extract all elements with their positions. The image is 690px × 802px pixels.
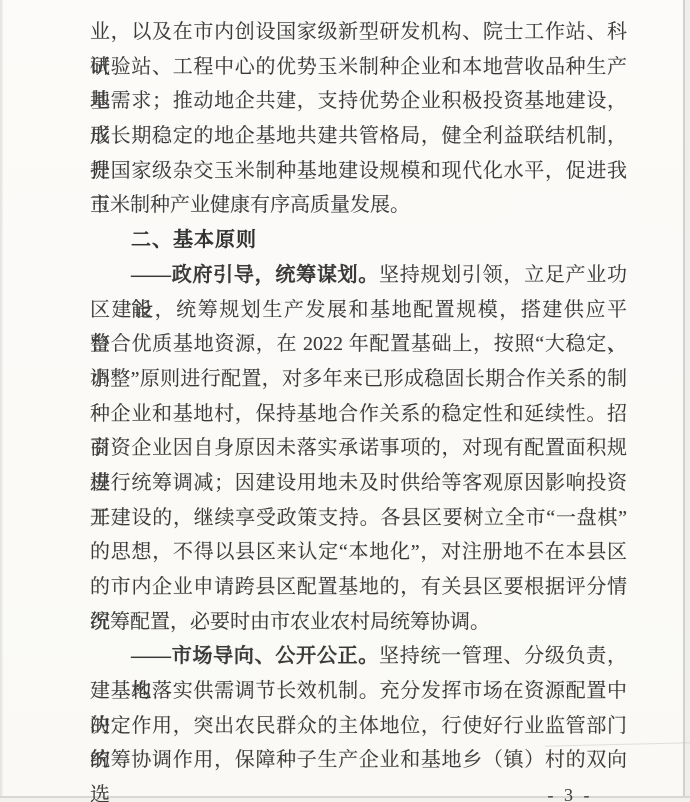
line-text-segment: 玉米制种产业健康有序高质量发展。 — [90, 194, 410, 216]
text-line: 建基地落实供需调节长效机制。充分发挥市场在资源配置中的 — [90, 674, 627, 709]
line-text-segment: 统筹配置，必要时由市农业农村局统筹协调。 — [90, 611, 490, 633]
text-line: 整合优质基地资源，在 2022 年配置基础上，按照“大稳定、小 — [90, 327, 627, 362]
text-line: 统筹协调作用，保障种子生产企业和基地乡（镇）村的双向选 — [90, 743, 627, 778]
page-number: - 3 - — [540, 783, 600, 802]
text-line: ——政府引导，统筹谋划。坚持规划引领，立足产业功能 — [90, 258, 627, 293]
text-line: 业，以及在市内创设国家级新型研发机构、院士工作站、科研 — [90, 15, 627, 50]
text-line: 玉米制种产业健康有序高质量发展。 — [90, 188, 627, 223]
line-bold-segment: ——政府引导，统筹谋划。 — [131, 264, 379, 286]
document-body: 业，以及在市内创设国家级新型研发机构、院士工作站、科研 试验站、工程中心的优势玉… — [90, 15, 627, 778]
text-line: 地需求；推动地企共建，支持优势企业积极投资基地建设，形 — [90, 84, 627, 119]
text-line: 统筹配置，必要时由市农业农村局统筹协调。 — [90, 605, 627, 640]
scan-right-shade — [685, 0, 690, 802]
text-line: 的思想，不得以县区来认定“本地化”，对注册地不在本县区 — [90, 535, 627, 570]
text-line: 升国家级杂交玉米制种基地建设规模和现代化水平，促进我市 — [90, 154, 627, 189]
text-line: 成长期稳定的地企基地共建共管格局，健全利益联结机制，提 — [90, 119, 627, 154]
section-heading: 二、基本原则 — [90, 223, 627, 258]
text-line: 区建设，统筹规划生产发展和基地配置规模，搭建供应平台， — [90, 293, 627, 328]
text-line: 种企业和基地村，保持基地合作关系的稳定性和延续性。招商 — [90, 397, 627, 432]
text-line: 引资企业因自身原因未落实承诺事项的，对现有配置面积规模 — [90, 431, 627, 466]
line-text-segment: 调整”原则进行配置，对多年来已形成稳固长期合作关系的制 — [90, 368, 627, 390]
text-line: 工建设的，继续享受政策支持。各县区要树立全市“一盘棋” — [90, 501, 627, 536]
line-bold-segment: ——市场导向、公开公正。 — [131, 645, 379, 667]
text-line: 进行统筹调减；因建设用地未及时供给等客观原因影响投资开 — [90, 466, 627, 501]
text-line: 试验站、工程中心的优势玉米制种企业和本地营收品种生产基 — [90, 50, 627, 85]
line-bold-segment: 二、基本原则 — [131, 229, 257, 251]
text-line: ——市场导向、公开公正。坚持统一管理、分级负责，构 — [90, 639, 627, 674]
text-line: 决定作用，突出农民群众的主体地位，行使好行业监管部门的 — [90, 709, 627, 744]
line-text-segment: 的思想，不得以县区来认定“本地化”，对注册地不在本县区 — [90, 541, 627, 563]
line-text-segment: 工建设的，继续享受政策支持。各县区要树立全市“一盘棋” — [90, 507, 627, 529]
scan-right-edge-line — [683, 0, 685, 802]
text-line: 调整”原则进行配置，对多年来已形成稳固长期合作关系的制 — [90, 362, 627, 397]
text-line: 的市内企业申请跨县区配置基地的，有关县区要根据评分情况 — [90, 570, 627, 605]
document-page: 业，以及在市内创设国家级新型研发机构、院士工作站、科研 试验站、工程中心的优势玉… — [0, 0, 690, 802]
scan-left-edge — [0, 0, 3, 802]
